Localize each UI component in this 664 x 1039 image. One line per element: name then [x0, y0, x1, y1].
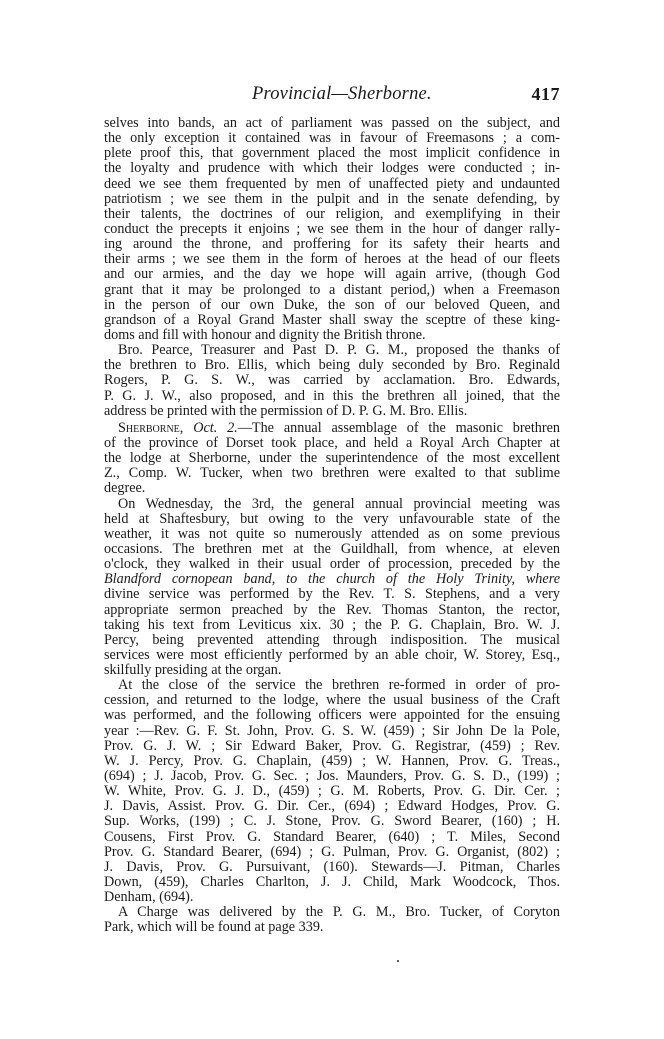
running-head: Provincial—Sherborne. 417	[104, 84, 560, 106]
text-line: J. Davis, Assist. Prov. G. Dir. Cer., (6…	[104, 799, 560, 814]
text-line: doms and fill with honour and dignity th…	[104, 328, 560, 343]
text-line: appropriate sermon preached by the Rev. …	[104, 603, 560, 618]
text-line: was performed, and the following officer…	[104, 708, 560, 723]
text-line: cession, and returned to the lodge, wher…	[104, 693, 560, 708]
text-line: P. G. J. W., also proposed, and in this …	[104, 389, 560, 404]
paragraph-address-conclusion: selves into bands, an act of parliament …	[104, 116, 560, 343]
text-line: skilfully presiding at the organ.	[104, 663, 560, 678]
text-line: taking his text from Leviticus xix. 30 ;…	[104, 618, 560, 633]
text-line: the only exception it contained was in f…	[104, 131, 560, 146]
text-line: Cousens, First Prov. G. Standard Bearer,…	[104, 830, 560, 845]
text-fragment: —The annual assemblage of the masonic br…	[238, 420, 560, 436]
text-line: Rogers, P. G. S. W., was carried by accl…	[104, 373, 560, 388]
text-line: the lodge at Sherborne, under the superi…	[104, 451, 560, 466]
text-line: grant that it may be prolonged to a dist…	[104, 283, 560, 298]
page-number: 417	[532, 84, 561, 105]
text-line: Blandford cornopean band, to the church …	[104, 572, 560, 587]
text-line: their arms ; we see them in the form of …	[104, 252, 560, 267]
text-line: weather, it was not quite so numerously …	[104, 527, 560, 542]
text-line: year :—Rev. G. F. St. John, Prov. G. S. …	[104, 724, 560, 739]
text-line: Sherborne, Oct. 2.—The annual assemblage…	[104, 421, 560, 436]
text-line: conduct the precepts it enjoins ; we see…	[104, 222, 560, 237]
text-line: (694) ; J. Jacob, Prov. G. Sec. ; Jos. M…	[104, 769, 560, 784]
text-line: of the province of Dorset took place, an…	[104, 436, 560, 451]
text-line: address be printed with the permission o…	[104, 404, 560, 419]
text-line: in the person of our own Duke, the son o…	[104, 298, 560, 313]
text-line: A Charge was delivered by the P. G. M., …	[104, 905, 560, 920]
text-line: J. Davis, Prov. G. Pursuivant, (160). St…	[104, 860, 560, 875]
text-line: o'clock, they walked in their usual orde…	[104, 557, 560, 572]
text-line: Z., Comp. W. Tucker, when two brethren w…	[104, 466, 560, 481]
book-page: Provincial—Sherborne. 417 selves into ba…	[0, 0, 664, 1039]
paragraph-provincial-meeting: On Wednesday, the 3rd, the general annua…	[104, 497, 560, 679]
text-line: held at Shaftesbury, but owing to the ve…	[104, 512, 560, 527]
text-line: the loyalty and prudence with which thei…	[104, 161, 560, 176]
text-line: degree.	[104, 481, 560, 496]
paragraph-sherborne-chapter: Sherborne, Oct. 2.—The annual assemblage…	[104, 421, 560, 497]
paragraph-thanks: Bro. Pearce, Treasurer and Past D. P. G.…	[104, 343, 560, 419]
text-line: W. J. Percy, Prov. G. Chaplain, (459) ; …	[104, 754, 560, 769]
paragraph-officers: At the close of the service the brethren…	[104, 678, 560, 905]
text-line: Prov. G. J. W. ; Sir Edward Baker, Prov.…	[104, 739, 560, 754]
text-line: On Wednesday, the 3rd, the general annua…	[104, 497, 560, 512]
text-line: ing around the throne, and proffering fo…	[104, 237, 560, 252]
text-line: and our armies, and the day we hope will…	[104, 267, 560, 282]
text-line: Denham, (694).	[104, 890, 560, 905]
text-line: Down, (459), Charles Charlton, J. J. Chi…	[104, 875, 560, 890]
text-line: selves into bands, an act of parliament …	[104, 116, 560, 131]
running-title: Provincial—Sherborne.	[252, 84, 432, 105]
text-line: the brethren to Bro. Ellis, which being …	[104, 358, 560, 373]
body-text: selves into bands, an act of parliament …	[104, 116, 560, 936]
text-line: At the close of the service the brethren…	[104, 678, 560, 693]
text-line: Percy, being prevented attending through…	[104, 633, 560, 648]
text-line: grandson of a Royal Grand Master shall s…	[104, 313, 560, 328]
text-line: occasions. The brethren met at the Guild…	[104, 542, 560, 557]
text-line: their talents, the doctrines of our reli…	[104, 207, 560, 222]
text-line: deed we see them frequented by men of un…	[104, 177, 560, 192]
date: Oct. 2.	[193, 420, 238, 436]
place-name: Sherborne,	[118, 420, 183, 436]
text-line: plete proof this, that government placed…	[104, 146, 560, 161]
print-speck	[397, 960, 399, 962]
text-line: Park, which will be found at page 339.	[104, 920, 560, 935]
text-line: W. White, Prov. G. J. D., (459) ; G. M. …	[104, 784, 560, 799]
text-line: Prov. G. Standard Bearer, (694) ; G. Pul…	[104, 845, 560, 860]
paragraph-charge: A Charge was delivered by the P. G. M., …	[104, 905, 560, 935]
text-line: Bro. Pearce, Treasurer and Past D. P. G.…	[104, 343, 560, 358]
text-line: patriotism ; we see them in the pulpit a…	[104, 192, 560, 207]
text-line: divine service was performed by the Rev.…	[104, 587, 560, 602]
text-line: services were most efficiently performed…	[104, 648, 560, 663]
text-line: Sup. Works, (199) ; C. J. Stone, Prov. G…	[104, 814, 560, 829]
